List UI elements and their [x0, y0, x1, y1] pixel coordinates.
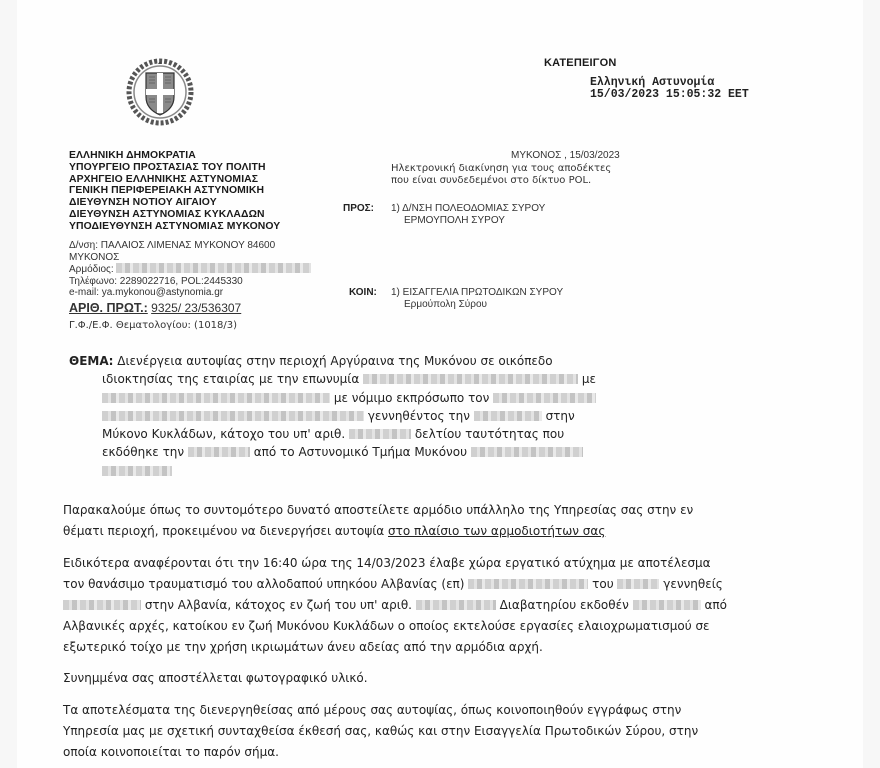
subject-reference: Γ.Φ./Ε.Φ. Θεματολογίου: (1018/3) [69, 320, 237, 331]
to-recipients: 1) Δ/ΝΣΗ ΠΟΛΕΟΔΟΜΙΑΣ ΣΥΡΟΥ ΕΡΜΟΥΠΟΛΗ ΣΥΡ… [391, 203, 545, 227]
sender-organization: ΕΛΛΗΝΙΚΗ ΔΗΜΟΚΡΑΤΙΑ ΥΠΟΥΡΓΕΙΟ ΠΡΟΣΤΑΣΙΑΣ… [69, 150, 280, 233]
redacted-name [102, 411, 364, 421]
paragraph-line: Ειδικότερα αναφέρονται ότι την 16:40 ώρα… [63, 553, 727, 574]
subject-line: με νόμιμο εκπρόσωπο τον [334, 391, 490, 405]
sender-email[interactable]: e-mail: ya.mykonou@astynomia.gr [69, 287, 311, 299]
paragraph-line: θέματι περιοχή, προκειμένου να διενεργήσ… [63, 524, 384, 538]
org-line: ΕΛΛΗΝΙΚΗ ΔΗΜΟΚΡΑΤΙΑ [69, 150, 280, 162]
redacted-date [63, 600, 141, 610]
redacted-text [102, 466, 172, 476]
redacted-id [416, 600, 496, 610]
paragraph-request: Παρακαλούμε όπως το συντομότερο δυνατό α… [63, 500, 693, 542]
electronic-stamp: Ελληνική Αστυνομία 15/03/2023 15:05:32 E… [590, 77, 749, 101]
recipient-line: ΕΡΜΟΥΠΟΛΗ ΣΥΡΟΥ [391, 215, 545, 227]
subject-line: στην [546, 409, 575, 423]
paragraph-line: γεννηθείς [663, 577, 723, 591]
paragraph-results: Τα αποτελέσματα της διενεργηθείσας από μ… [63, 700, 698, 763]
urgent-label: ΚΑΤΕΠΕΙΓΟΝ [544, 57, 616, 69]
subject-line: από το Αστυνομικό Τμήμα Μυκόνου [254, 445, 467, 459]
stamp-datetime: 15/03/2023 15:05:32 EET [590, 89, 749, 101]
subject-block: ΘΕΜΑ: Διενέργεια αυτοψίας στην περιοχή Α… [69, 352, 596, 480]
responsible-officer: Αρμόδιος: [69, 263, 311, 276]
redacted-name [468, 579, 588, 589]
org-line: ΥΠΟΔΙΕΥΘΥΝΣΗ ΑΣΤΥΝΟΜΙΑΣ ΜΥΚΟΝΟΥ [69, 221, 280, 233]
cc-line: Ερμούπολη Σύρου [391, 299, 563, 311]
redacted-company [363, 374, 578, 384]
redacted-name [493, 393, 596, 403]
paragraph-line: εξωτερικό τοίχο με την χρήση ικριωμάτων … [63, 637, 727, 658]
cc-recipients: 1) ΕΙΣΑΓΓΕΛΙΑ ΠΡΩΤΟΔΙΚΩΝ ΣΥΡΟΥ Ερμούπολη… [391, 287, 563, 311]
sender-address: Δ/νση: ΠΑΛΑΙΟΣ ΛΙΜΕΝΑΣ ΜΥΚΟΝΟΥ 84600 [69, 240, 311, 252]
redacted-name [116, 263, 311, 273]
paragraph-line: Αλβανικές αρχές, κατοίκου εν ζωή Μυκόνου… [63, 616, 727, 637]
subject-line: εκδόθηκε την [102, 445, 184, 459]
greek-coat-of-arms-icon [120, 55, 200, 130]
cc-line: 1) ΕΙΣΑΓΓΕΛΙΑ ΠΡΩΤΟΔΙΚΩΝ ΣΥΡΟΥ [391, 287, 563, 299]
subject-line: γεννηθέντος την [368, 409, 470, 423]
paragraph-line: Παρακαλούμε όπως το συντομότερο δυνατό α… [63, 500, 693, 521]
paragraph-line: Διαβατηρίου εκδοθέν [500, 598, 629, 612]
paragraph-line: τον θανάσιμο τραυματισμό του αλλοδαπού υ… [63, 577, 464, 591]
paragraph-line: στην Αλβανία, κάτοχος εν ζωή του υπ' αρι… [145, 598, 412, 612]
paragraph-line: οποία κοινοποιείται το παρόν σήμα. [63, 742, 698, 763]
org-line: ΔΙΕΥΘΥΝΣΗ ΝΟΤΙΟΥ ΑΙΓΑΙΟΥ [69, 197, 280, 209]
paragraph-details: Ειδικότερα αναφέρονται ότι την 16:40 ώρα… [63, 553, 727, 658]
sender-city: ΜΥΚΟΝΟΣ [69, 252, 311, 264]
document-page: ΚΑΤΕΠΕΙΓΟΝ Ελληνική Αστυνομία 15/03/2023… [17, 0, 863, 768]
subject-line: Μύκονο Κυκλάδων, κάτοχο του υπ' αριθ. [102, 427, 345, 441]
distribution-note: Ηλεκτρονική διακίνηση για τους αποδέκτες… [391, 163, 631, 187]
redacted-text [471, 447, 583, 457]
sender-phone: Τηλέφωνο: 2289022716, POL:2445330 [69, 276, 311, 288]
org-line: ΑΡΧΗΓΕΙΟ ΕΛΛΗΝΙΚΗΣ ΑΣΤΥΝΟΜΙΑΣ [69, 174, 280, 186]
paragraph-line: Υπηρεσία μας με σχετική συνταχθείσα έκθε… [63, 721, 698, 742]
subject-line: Διενέργεια αυτοψίας στην περιοχή Αργύραι… [117, 354, 552, 368]
redacted-date [188, 447, 250, 457]
org-line: ΔΙΕΥΘΥΝΣΗ ΑΣΤΥΝΟΜΙΑΣ ΚΥΚΛΑΔΩΝ [69, 209, 280, 221]
recipient-line: 1) Δ/ΝΣΗ ΠΟΛΕΟΔΟΜΙΑΣ ΣΥΡΟΥ [391, 203, 545, 215]
redacted-name [617, 579, 659, 589]
protocol-label: ΑΡΙΘ. ΠΡΩΤ.: [69, 301, 148, 315]
org-line: ΥΠΟΥΡΓΕΙΟ ΠΡΟΣΤΑΣΙΑΣ ΤΟΥ ΠΟΛΙΤΗ [69, 162, 280, 174]
redacted-date [474, 411, 542, 421]
redacted-id [349, 429, 411, 439]
redacted-company [102, 393, 330, 403]
underlined-phrase: στο πλαίσιο των αρμοδιοτήτων σας [388, 524, 605, 538]
subject-label: ΘΕΜΑ: [69, 354, 113, 368]
place-date: ΜΥΚΟΝΟΣ , 15/03/2023 [511, 150, 620, 161]
paragraph-line: Τα αποτελέσματα της διενεργηθείσας από μ… [63, 700, 698, 721]
to-label: ΠΡΟΣ: [343, 203, 374, 214]
paragraph-attachments: Συνημμένα σας αποστέλλεται φωτογραφικό υ… [63, 668, 368, 689]
cc-label: ΚΟΙΝ: [349, 287, 377, 298]
redacted-date [633, 600, 701, 610]
paragraph-line: του [592, 577, 614, 591]
sender-contact: Δ/νση: ΠΑΛΑΙΟΣ ΛΙΜΕΝΑΣ ΜΥΚΟΝΟΥ 84600 ΜΥΚ… [69, 240, 311, 299]
responsible-label: Αρμόδιος: [69, 264, 114, 275]
protocol-value: 9325/ 23/536307 [151, 301, 241, 315]
subject-line: ιδιοκτησίας της εταιρίας με την επωνυμία [102, 372, 359, 386]
paragraph-line: από [704, 598, 726, 612]
org-line: ΓΕΝΙΚΗ ΠΕΡΙΦΕΡΕΙΑΚΗ ΑΣΤΥΝΟΜΙΚΗ [69, 185, 280, 197]
subject-line: με [582, 372, 596, 386]
protocol-number: ΑΡΙΘ. ΠΡΩΤ.: 9325/ 23/536307 [69, 301, 241, 315]
subject-line: δελτίου ταυτότητας που [415, 427, 564, 441]
